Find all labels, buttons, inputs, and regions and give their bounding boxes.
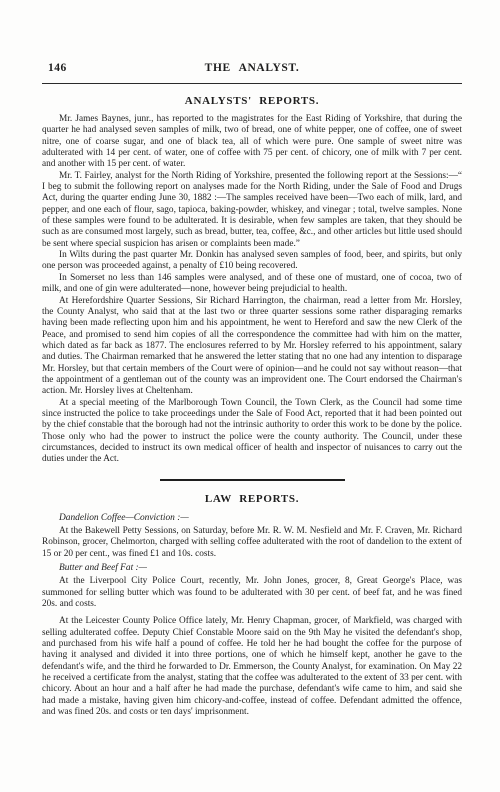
header-rule: [42, 83, 462, 84]
case-dandelion-coffee: Dandelion Coffee—Conviction :— At the Ba…: [42, 513, 462, 560]
section-divider: [160, 479, 345, 481]
case-subheading-dandelion-coffee: Dandelion Coffee—Conviction :—: [42, 513, 462, 524]
section-law-reports: LAW REPORTS. Dandelion Coffee—Conviction…: [42, 493, 462, 719]
paragraph-herefordshire-horsley: At Herefordshire Quarter Sessions, Sir R…: [42, 296, 462, 398]
case-subheading-butter-beef-fat: Butter and Beef Fat :—: [42, 563, 462, 574]
law-reports-heading: LAW REPORTS.: [42, 493, 462, 505]
case-butter-beef-fat: Butter and Beef Fat :— At the Liverpool …: [42, 563, 462, 718]
paragraph-marlborough-council: At a special meeting of the Marlborough …: [42, 398, 462, 466]
paragraph-wilts-donkin: In Wilts during the past quarter Mr. Don…: [42, 250, 462, 273]
analysts-reports-heading: ANALYSTS' REPORTS.: [42, 95, 462, 107]
section-analysts-reports: ANALYSTS' REPORTS. Mr. James Baynes, jun…: [42, 95, 462, 466]
paragraph-leicester-chapman: At the Leicester County Police Office la…: [42, 616, 462, 718]
page-header: 146 THE ANALYST.: [42, 62, 462, 77]
journal-title: THE ANALYST.: [42, 62, 462, 74]
journal-page: 146 THE ANALYST. ANALYSTS' REPORTS. Mr. …: [0, 0, 500, 792]
paragraph-bakewell-robinson: At the Bakewell Petty Sessions, on Satur…: [42, 526, 462, 560]
paragraph-somerset: In Somerset no less than 146 samples wer…: [42, 273, 462, 296]
paragraph-fairley-north-riding: Mr. T. Fairley, analyst for the North Ri…: [42, 171, 462, 250]
paragraph-baynes-east-riding: Mr. James Baynes, junr., has reported to…: [42, 114, 462, 171]
paragraph-liverpool-jones: At the Liverpool City Police Court, rece…: [42, 576, 462, 610]
